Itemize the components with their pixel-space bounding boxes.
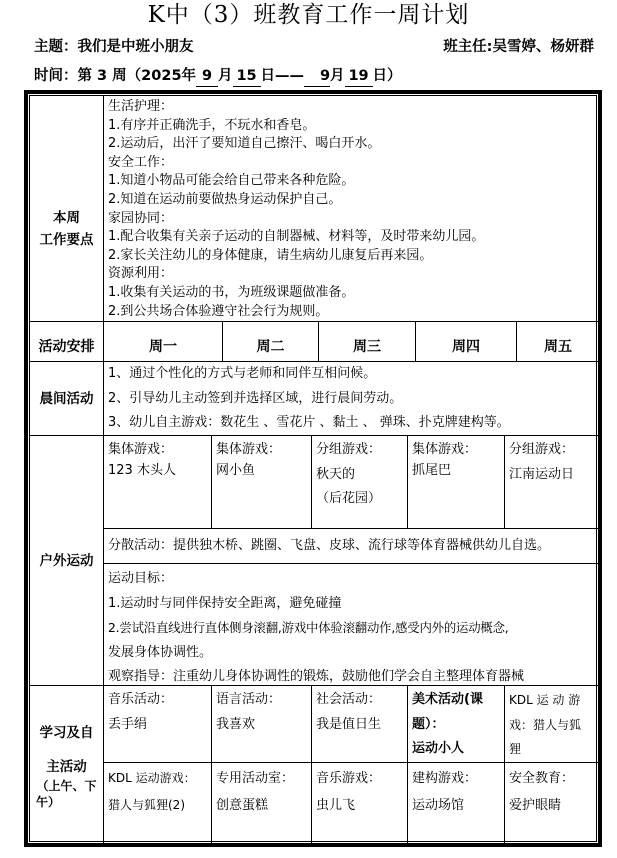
day-header-wed: 周三 [319, 322, 416, 362]
day-header-mon: 周一 [104, 322, 223, 362]
activity-name: 虫儿飞 [316, 792, 403, 819]
day-header-fri: 周五 [517, 322, 600, 362]
activity-type: 建构游戏： [412, 765, 500, 792]
activity-name: 丢手绢 [108, 713, 207, 738]
activity-name: 我是值日生 [316, 713, 403, 738]
outdoor-free-play: 分散活动：提供独木桥、跳圈、飞盘、皮球、流行球等体育器械供幼儿自选。 [104, 529, 600, 564]
activity-type: 语言活动： [216, 688, 307, 713]
activity-name: 我喜欢 [216, 713, 307, 738]
game-name: 网小鱼 [216, 463, 307, 479]
work-points-content: 生活护理： 1.有序并正确洗手，不玩水和香皂。 2.运动后，出汗了要知道自己擦汗… [104, 96, 600, 322]
activity-name: 戏：猎人与狐 [509, 713, 595, 738]
learning-label-1: 学习及自 [40, 722, 94, 744]
theme-row: 主题：我们是中班小朋友 班主任:吴雪婷、杨妍群 [34, 37, 594, 57]
activity-name: 爱护眼睛 [509, 792, 595, 819]
end-day: 19 [345, 66, 373, 87]
work-point-line: 1.知道小物品可能会给自己带来各种危险。 [108, 172, 595, 191]
learning-label-2: 主活动 [46, 756, 87, 778]
morning-content: 1、通过个性化的方式与老师和同伴互相问候。 2、引导幼儿主动签到并选择区域，进行… [104, 362, 600, 436]
work-point-line: 2.运动后，出汗了要知道自己擦汗、喝白开水。 [108, 135, 595, 154]
day-header-thu: 周四 [416, 322, 517, 362]
start-day: 15 [233, 66, 261, 87]
game-type: 集体游戏： [412, 438, 500, 463]
work-point-line: 2.知道在运动前要做热身运动保护自己。 [108, 191, 595, 210]
game-name: 秋天的 [316, 463, 403, 488]
theme-value: 我们是中班小朋友 [78, 39, 194, 55]
activity-name: 题）： [412, 713, 500, 738]
activity-type: 音乐游戏： [316, 765, 403, 792]
time-label: 时间：第 3 周（2025年 [34, 68, 196, 84]
end-month: 9 [304, 66, 330, 87]
morning-label: 晨间活动 [30, 362, 104, 436]
activity-extra: 运动小人 [412, 737, 500, 762]
work-points-label-1: 本周 [53, 207, 80, 229]
work-point-line: 1.配合收集有关亲子运动的自制器械、材料等，及时带来幼儿园。 [108, 228, 595, 247]
morning-line: 2、引导幼儿主动签到并选择区域，进行晨间劳动。 [108, 387, 595, 412]
activity-type: 美术活动(课 [412, 688, 500, 713]
activity-type: KDL 运动游戏： [108, 765, 207, 792]
learning-label-3: （上午、下 [36, 778, 96, 794]
goal-line: 1.运动时与同伴保持安全距离，避免碰撞 [108, 592, 595, 617]
learning-label-4: 午） [34, 794, 60, 810]
work-point-line: 1.收集有关运动的书，为班级课题做准备。 [108, 284, 595, 303]
game-type: 集体游戏： [108, 438, 207, 463]
activity-type: 社会活动： [316, 688, 403, 713]
game-type: 分组游戏： [316, 438, 403, 463]
learning-r1-tue: 语言活动： 我喜欢 [212, 686, 312, 763]
month-char-2: 月 [330, 68, 345, 84]
plan-table: 本周 工作要点 生活护理： 1.有序并正确洗手，不玩水和香皂。 2.运动后，出汗… [24, 90, 602, 847]
schedule-label: 活动安排 [30, 322, 104, 362]
learning-label: 学习及自 主活动 （上午、下 午） [30, 686, 104, 846]
game-name: 抓尾巴 [412, 463, 500, 479]
morning-line: 3、幼儿自主游戏：数花生 、雪花片 、黏土 、 弹珠、扑克牌建构等。 [108, 411, 595, 436]
plan-table-inner: 本周 工作要点 生活护理： 1.有序并正确洗手，不玩水和香皂。 2.运动后，出汗… [29, 95, 597, 842]
work-point-line: 1.有序并正确洗手，不玩水和香皂。 [108, 117, 595, 136]
day-dash: 日—— [261, 68, 305, 84]
work-point-line: 安全工作： [108, 154, 595, 173]
outdoor-game-fri: 分组游戏： 江南运动日 [505, 436, 600, 529]
teacher-info: 班主任:吴雪婷、杨妍群 [443, 37, 594, 57]
activity-name: 猎人与狐狸(2) [108, 792, 207, 819]
work-point-line: 2.到公共场合体验遵守社会行为规则。 [108, 303, 595, 322]
month-char: 月 [218, 68, 233, 84]
learning-r1-fri: KDL 运 动 游 戏：猎人与狐 狸 [505, 686, 600, 763]
work-points-label: 本周 工作要点 [30, 96, 104, 322]
close-paren: 日） [373, 68, 402, 84]
page-title: K中（3）班教育工作一周计划 [0, 0, 617, 30]
teacher-names: 吴雪婷、杨妍群 [493, 39, 595, 55]
learning-r2-wed: 音乐游戏： 虫儿飞 [312, 763, 408, 846]
work-point-line: 资源利用： [108, 265, 595, 284]
learning-r1-mon: 音乐活动： 丢手绢 [104, 686, 212, 763]
goal-line: 运动目标： [108, 567, 595, 592]
activity-type: 安全教育： [509, 765, 595, 792]
activity-extra: 狸 [509, 737, 595, 762]
goal-line: 发展身体协调性。 [108, 641, 595, 666]
game-name: 江南运动日 [509, 463, 595, 488]
game-extra: （后花园） [316, 487, 403, 512]
learning-r2-fri: 安全教育： 爱护眼睛 [505, 763, 600, 846]
outdoor-game-thu: 集体游戏： 抓尾巴 [408, 436, 505, 529]
work-point-line: 生活护理： [108, 98, 595, 117]
work-point-line: 家园协同： [108, 210, 595, 229]
activity-name: 创意蛋糕 [216, 792, 307, 819]
outdoor-goals: 运动目标： 1.运动时与同伴保持安全距离，避免碰撞 2.尝试沿直线进行直体侧身滚… [104, 564, 600, 686]
learning-r2-thu: 建构游戏： 运动场馆 [408, 763, 505, 846]
outdoor-game-wed: 分组游戏： 秋天的 （后花园） [312, 436, 408, 529]
learning-r1-thu: 美术活动(课 题）： 运动小人 [408, 686, 505, 763]
learning-r2-tue: 专用活动室： 创意蛋糕 [212, 763, 312, 846]
game-type: 分组游戏： [509, 438, 595, 463]
learning-r1-wed: 社会活动： 我是值日生 [312, 686, 408, 763]
outdoor-game-tue: 集体游戏： 网小鱼 [212, 436, 312, 529]
outdoor-label: 户外运动 [30, 436, 104, 686]
day-header-tue: 周二 [223, 322, 319, 362]
goal-line: 2.尝试沿直线进行直体侧身滚翻,游戏中体验滚翻动作,感受内外的运动概念, [108, 616, 595, 641]
game-type: 集体游戏： [216, 438, 307, 463]
teacher-label: 班主任: [443, 39, 492, 55]
activity-type: 专用活动室： [216, 765, 307, 792]
work-point-line: 2.家长关注幼儿的身体健康，请生病幼儿康复后再来园。 [108, 247, 595, 266]
outdoor-game-mon: 集体游戏： 123 木头人 [104, 436, 212, 529]
goal-line: 观察指导：注重幼儿身体协调性的锻炼，鼓励他们学会自主整理体育器械 [108, 665, 595, 686]
activity-type: 音乐活动： [108, 688, 207, 713]
activity-name: 运动场馆 [412, 792, 500, 819]
theme-label: 主题： [34, 39, 78, 55]
game-name: 123 木头人 [108, 463, 207, 479]
learning-r2-mon: KDL 运动游戏： 猎人与狐狸(2) [104, 763, 212, 846]
time-row: 时间：第 3 周（2025年9月15日——9月19日） [34, 66, 594, 87]
activity-type: KDL 运 动 游 [509, 688, 595, 713]
work-points-label-2: 工作要点 [40, 229, 94, 251]
morning-line: 1、通过个性化的方式与老师和同伴互相问候。 [108, 362, 595, 387]
start-month: 9 [196, 66, 218, 87]
